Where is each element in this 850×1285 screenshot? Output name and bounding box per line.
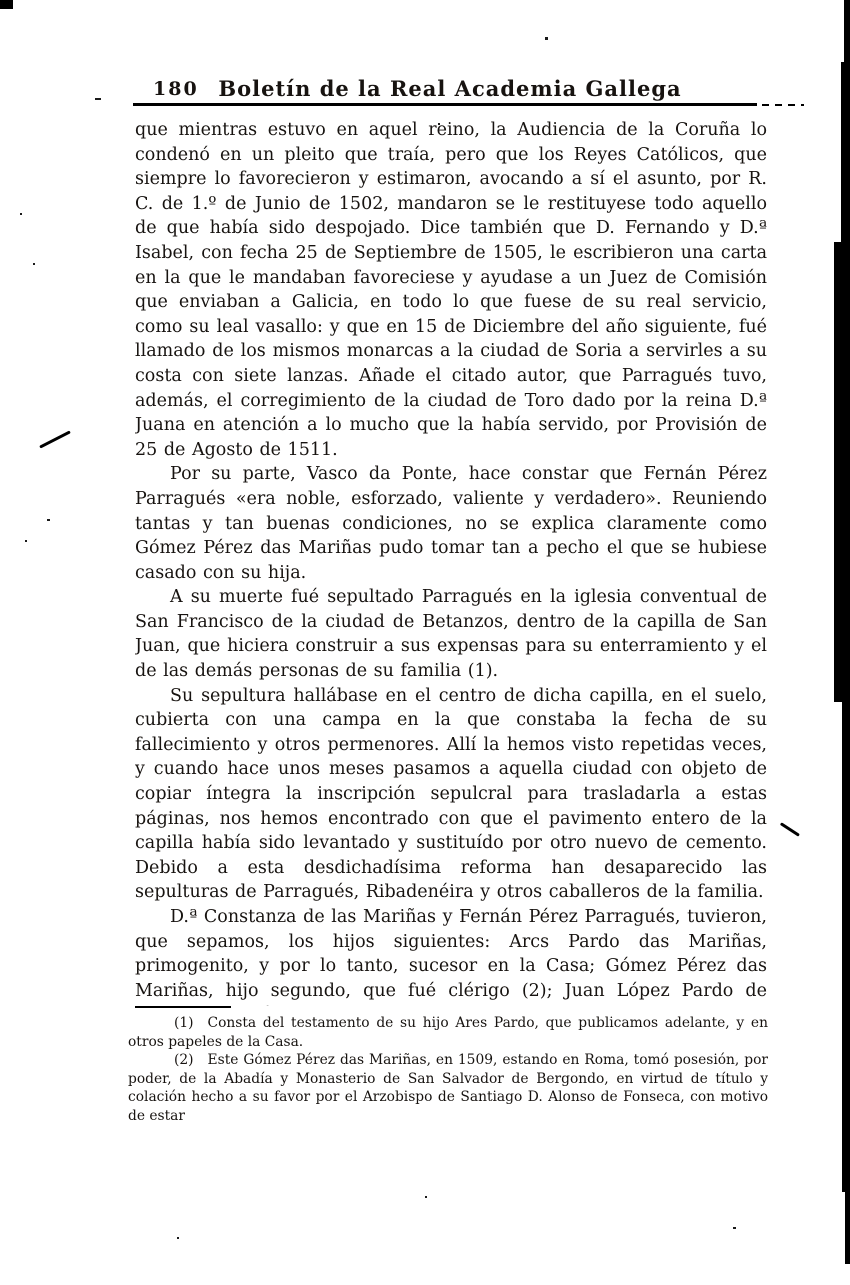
scan-edge-artifact [841, 62, 850, 242]
scan-speck [25, 540, 27, 542]
footnote-2-text: Este Gómez Pérez das Mariñas, en 1509, e… [128, 1052, 768, 1124]
body-text: que mientras estuvo en aquel reino, la A… [135, 118, 767, 1006]
paragraph: A su muerte fué sepultado Parragués en l… [135, 585, 767, 683]
scanned-book-page: 180 Boletín de la Real Academia Gallega … [0, 0, 850, 1285]
footnotes: (1)Consta del testamento de su hijo Ares… [128, 1014, 768, 1126]
scan-speck [20, 213, 22, 215]
margin-pen-mark [39, 430, 71, 448]
footnote-2: (2)Este Gómez Pérez das Mariñas, en 1509… [128, 1051, 768, 1125]
scan-speck [47, 519, 50, 521]
scan-speck [177, 1237, 179, 1239]
footnote-1-marker: (1) [174, 1015, 194, 1031]
scan-edge-artifact [834, 242, 850, 702]
scan-speck [545, 37, 548, 40]
running-head: 180 Boletín de la Real Academia Gallega [135, 76, 765, 102]
scan-corner-artifact [0, 0, 13, 9]
header-rule-dashes [762, 104, 804, 106]
footnote-separator [135, 1006, 231, 1008]
header-rule [133, 103, 757, 106]
footnote-1: (1)Consta del testamento de su hijo Ares… [128, 1014, 768, 1051]
scan-edge-artifact [842, 702, 850, 1192]
scan-edge-artifact [844, 0, 850, 62]
scan-speck [33, 263, 35, 265]
paragraph: D.ª Constanza de las Mariñas y Fernán Pé… [135, 905, 767, 1006]
scan-speck [95, 98, 101, 100]
margin-pen-mark [780, 822, 800, 836]
paragraph: que mientras estuvo en aquel reino, la A… [135, 118, 767, 462]
scan-edge-artifact [845, 1192, 850, 1264]
footnote-2-marker: (2) [174, 1052, 194, 1068]
journal-title: Boletín de la Real Academia Gallega [135, 76, 765, 101]
paragraph: Su sepultura hallábase en el centro de d… [135, 684, 767, 905]
scan-speck [733, 1227, 736, 1229]
scan-speck [425, 1196, 427, 1198]
paragraph: Por su parte, Vasco da Ponte, hace const… [135, 462, 767, 585]
footnote-1-text: Consta del testamento de su hijo Ares Pa… [128, 1015, 768, 1050]
